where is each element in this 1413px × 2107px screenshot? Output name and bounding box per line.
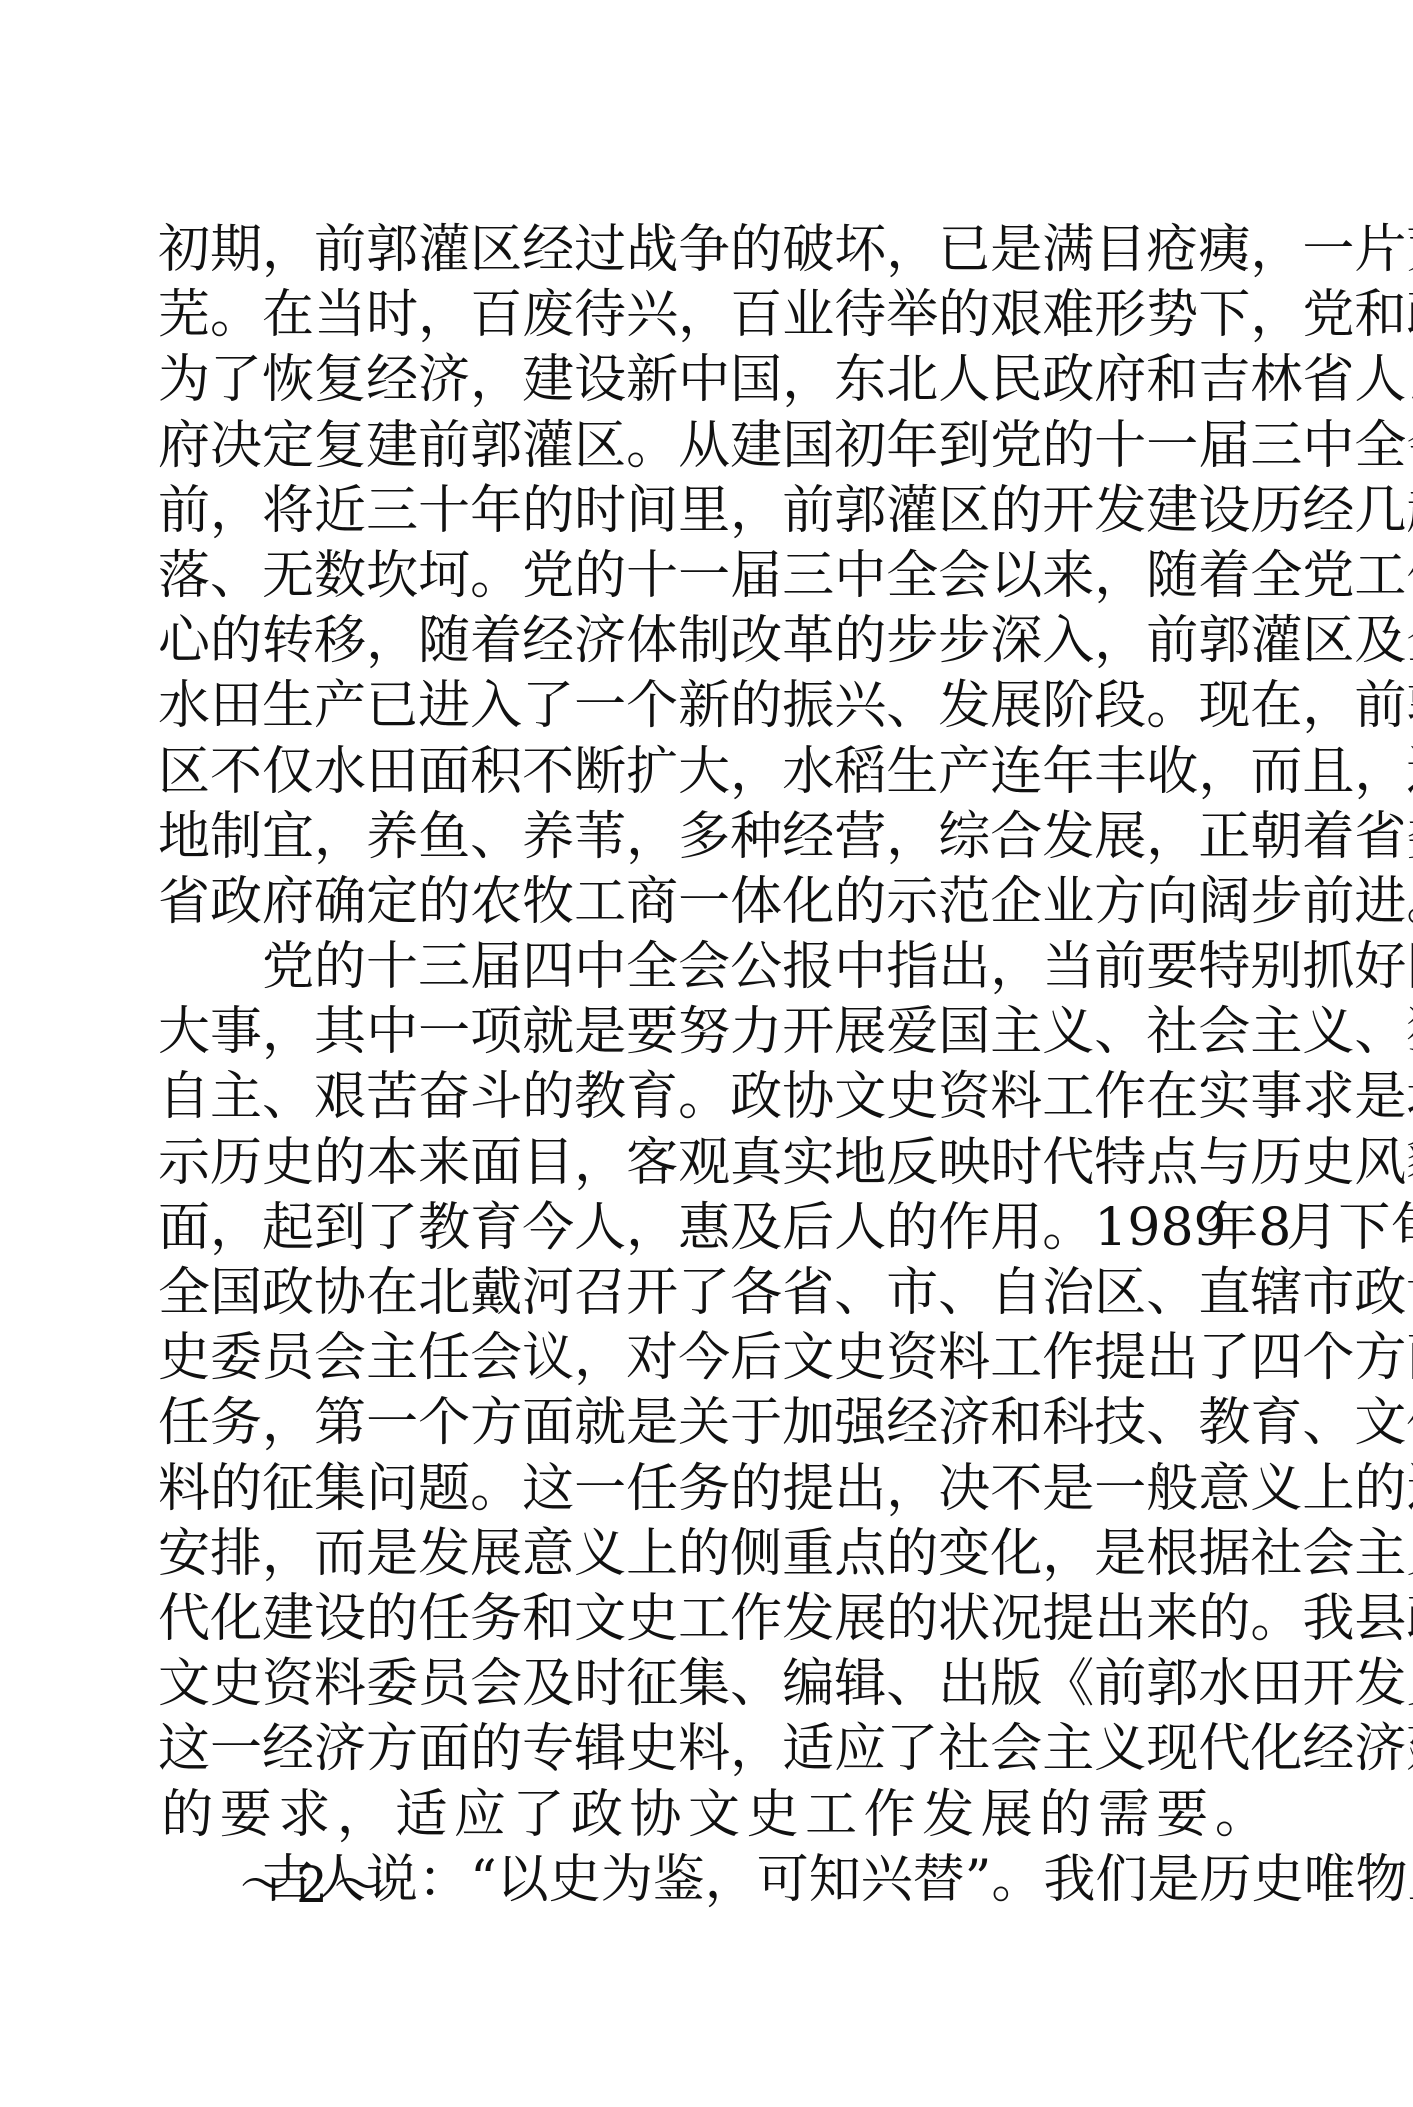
text-line: 示历史的本来面目，客观真实地反映时代特点与历史风貌方: [158, 1131, 1270, 1196]
text-line: 落、无数坎坷。党的十一届三中全会以来，随着全党工作重: [158, 544, 1270, 609]
text-line: 前，将近三十年的时间里，前郭灌区的开发建设历经几起几: [158, 479, 1270, 544]
text-line: 水田生产已进入了一个新的振兴、发展阶段。现在，前郭灌: [158, 674, 1270, 739]
text-line: 史委员会主任会议，对今后文史资料工作提出了四个方面的: [158, 1326, 1270, 1391]
body-text: 初期，前郭灌区经过战争的破坏，已是满目疮痍，一片荒芜。在当时，百废待兴，百业待举…: [158, 218, 1270, 1913]
text-line: 区不仅水田面积不断扩大，水稻生产连年丰收，而且，还因: [158, 740, 1270, 805]
text-line: 初期，前郭灌区经过战争的破坏，已是满目疮痍，一片荒: [158, 218, 1270, 283]
text-line: 芜。在当时，百废待兴，百业待举的艰难形势下，党和政府: [158, 283, 1270, 348]
text-line: 任务，第一个方面就是关于加强经济和科技、教育、文化资: [158, 1391, 1270, 1456]
text-line: 料的征集问题。这一任务的提出，决不是一般意义上的近期: [158, 1457, 1270, 1522]
document-page: 初期，前郭灌区经过战争的破坏，已是满目疮痍，一片荒芜。在当时，百废待兴，百业待举…: [158, 218, 1270, 1913]
text-line: 代化建设的任务和文史工作发展的状况提出来的。我县政协: [158, 1587, 1270, 1652]
text-line: 这一经济方面的专辑史料，适应了社会主义现代化经济建设: [158, 1717, 1270, 1782]
paragraph: 初期，前郭灌区经过战争的破坏，已是满目疮痍，一片荒芜。在当时，百废待兴，百业待举…: [158, 218, 1270, 935]
text-line: 府决定复建前郭灌区。从建国初年到党的十一届三中全会之: [158, 414, 1270, 479]
paragraph: 党的十三届四中全会公报中指出，当前要特别抓好四件大事，其中一项就是要努力开展爱国…: [158, 935, 1270, 1848]
text-line: 安排，而是发展意义上的侧重点的变化，是根据社会主义现: [158, 1522, 1270, 1587]
text-line: 面，起到了教育今人，惠及后人的作用。1989年8月下旬，: [158, 1196, 1270, 1261]
text-line: 自主、艰苦奋斗的教育。政协文史资料工作在实事求是地揭: [158, 1065, 1270, 1130]
text-line: 为了恢复经济，建设新中国，东北人民政府和吉林省人民政: [158, 348, 1270, 413]
text-line: 心的转移，随着经济体制改革的步步深入，前郭灌区及全县: [158, 609, 1270, 674]
text-line: 文史资料委员会及时征集、编辑、出版《前郭水田开发史》: [158, 1652, 1270, 1717]
text-line: 地制宜，养鱼、养苇，多种经营，综合发展，正朝着省委、: [158, 805, 1270, 870]
page-number: ～2～: [240, 1845, 390, 1917]
text-line: 省政府确定的农牧工商一体化的示范企业方向阔步前进。: [158, 870, 1270, 935]
text-line: 的要求，适应了政协文史工作发展的需要。: [158, 1783, 1270, 1848]
text-line: 党的十三届四中全会公报中指出，当前要特别抓好四件: [158, 935, 1270, 1000]
text-line: 大事，其中一项就是要努力开展爱国主义、社会主义、独立: [158, 1000, 1270, 1065]
text-line: 全国政协在北戴河召开了各省、市、自治区、直辖市政协文: [158, 1261, 1270, 1326]
